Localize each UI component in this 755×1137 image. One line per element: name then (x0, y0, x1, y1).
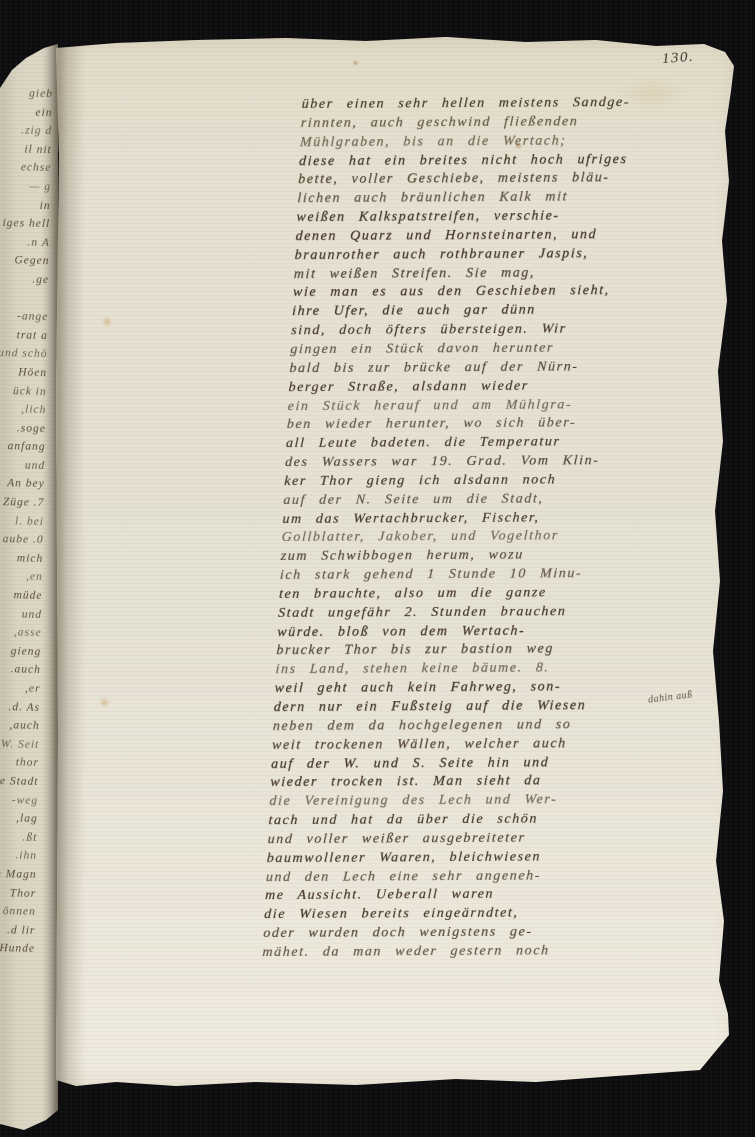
stain (352, 60, 359, 66)
facing-fragment-line: il nit (0, 139, 52, 160)
text-line: auf der N. Seite um die Stadt, (283, 489, 754, 511)
text-line: ben wieder herunter, wo sich über- (286, 413, 755, 435)
facing-fragment-line: asse, (0, 622, 42, 643)
facing-fragment-line: W. Seit (0, 734, 40, 755)
facing-fragment-line: d. As. (0, 697, 40, 718)
facing-fragment-line: ange- (0, 306, 48, 327)
text-line: des Wassers war 19. Grad. Vom Klin- (285, 451, 755, 473)
facing-fragment-line (0, 288, 49, 309)
facing-fragment-line: ihn. (0, 845, 37, 866)
text-line: ich stark gehend 1 Stunde 10 Minu- (279, 564, 750, 586)
facing-fragment-line: önnen (0, 901, 36, 922)
facing-fragment-line: ge. (0, 269, 49, 290)
facing-fragment-line: echse (0, 157, 52, 178)
facing-fragment-line: trat a (0, 325, 48, 346)
stain (102, 316, 112, 328)
facing-fragment-line: und schö (0, 343, 48, 364)
facing-fragment-line: 7. Züge (0, 492, 45, 513)
facing-fragment-line: Gegen (0, 250, 50, 271)
facing-page-edge: giebeinzig d.il nitechseg —iniges helln … (0, 0, 58, 1137)
facing-fragment-line: auch, (0, 715, 40, 736)
facing-fragment-line: Höen (0, 362, 47, 383)
facing-fragment-line: in (0, 195, 51, 216)
text-line: und voller weißer ausgebreiteter (267, 828, 738, 850)
facing-fragment-line: iges hell (0, 213, 50, 234)
facing-fragment-line: 0. aube (0, 529, 44, 550)
main-text: über einen sehr hellen meistens Sandge-r… (262, 93, 755, 963)
text-line: lichen auch bräunlichen Kalk mit (297, 187, 755, 209)
facing-fragment-line: anfang (0, 436, 46, 457)
facing-fragment-line: soge. (0, 418, 46, 439)
facing-fragment-line: weg- (0, 789, 38, 810)
facing-fragment-line: mich (0, 548, 43, 569)
page-number: 130. (661, 49, 694, 68)
facing-fragment-line: l. bei (0, 511, 44, 532)
facing-fragment-line: lag, (0, 808, 38, 829)
facing-fragment-line: und (0, 604, 42, 625)
manuscript-page: 130. über einen sehr hellen meistens San… (56, 36, 740, 1088)
scanned-manuscript-scene: giebeinzig d.il nitechseg —iniges helln … (0, 0, 755, 1137)
facing-fragment-line: en, (0, 566, 43, 587)
facing-fragment-line: g Hunde (0, 938, 35, 959)
text-line: und den Lech eine sehr angeneh- (265, 866, 736, 888)
facing-fragment-line: g — (0, 176, 51, 197)
facing-page-fragments: giebeinzig d.il nitechseg —iniges helln … (0, 83, 53, 959)
facing-fragment-line: ein (0, 102, 53, 123)
facing-fragment-line: ück in (0, 381, 47, 402)
facing-fragment-line: An bey (0, 473, 45, 494)
facing-fragment-line: und (0, 455, 45, 476)
text-line: mit weißen Streifen. Sie mag, (293, 263, 755, 285)
text-line: mähet. da man weder gestern noch (262, 941, 733, 963)
facing-fragment-line: zig d. (0, 120, 52, 141)
facing-fragment-line: lich, (0, 399, 47, 420)
facing-fragment-line: müde (0, 585, 43, 606)
stain (100, 696, 109, 709)
text-line: bald bis zur brücke auf der Nürn- (289, 357, 755, 379)
facing-fragment-line: d lir. (0, 920, 36, 941)
facing-fragment-line: n Magn (0, 864, 37, 885)
facing-fragment-line: gieng (0, 641, 41, 662)
facing-fragment-line: ßt. (0, 827, 38, 848)
facing-fragment-line: gieb (0, 83, 53, 104)
facing-fragment-line: die Stadt (0, 771, 39, 792)
facing-fragment-line: auch. (0, 659, 41, 680)
text-line: ins Land, stehen keine bäume. 8. (275, 658, 746, 680)
facing-fragment-line: Thor (0, 882, 36, 903)
text-line: Mühlgraben, bis an die Wertach; (299, 131, 755, 153)
facing-fragment-line: thor (0, 752, 39, 773)
text-line: die Vereinigung des Lech und Wer- (269, 790, 740, 812)
facing-fragment-line: n A. (0, 232, 50, 253)
text-line: weit trockenen Wällen, welcher auch (271, 734, 742, 756)
facing-fragment-line: er, (0, 678, 41, 699)
